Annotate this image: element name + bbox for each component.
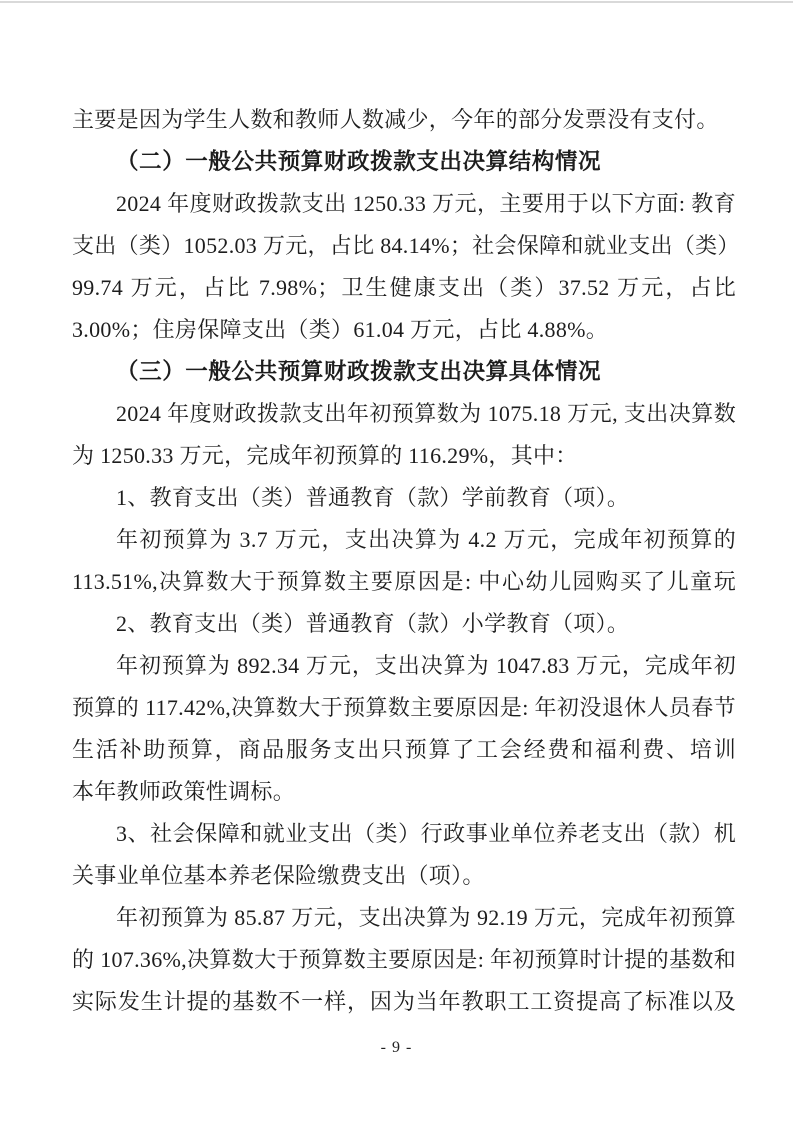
scan-edge-line xyxy=(0,1,793,3)
text-line: 113.51%,决算数大于预算数主要原因是: 中心幼儿园购买了儿童玩具。 xyxy=(72,561,736,603)
text-line: 3.00%；住房保障支出（类）61.04 万元，占比 4.88%。 xyxy=(72,309,736,351)
text-line: 支出（类）1052.03 万元，占比 84.14%；社会保障和就业支出（类） xyxy=(72,225,736,267)
text-line: 预算的 117.42%,决算数大于预算数主要原因是: 年初没退休人员春节 xyxy=(72,687,736,729)
list-item-3: 3、社会保障和就业支出（类）行政事业单位养老支出（款）机 xyxy=(72,813,736,855)
document-page: 主要是因为学生人数和教师人数减少，今年的部分发票没有支付。 （二）一般公共预算财… xyxy=(0,0,793,1122)
text-line: 本年教师政策性调标。 xyxy=(72,771,736,813)
text-line: 年初预算为 892.34 万元，支出决算为 1047.83 万元，完成年初 xyxy=(72,645,736,687)
text-line: 2024 年度财政拨款支出 1250.33 万元，主要用于以下方面: 教育 xyxy=(72,183,736,225)
list-item-1: 1、教育支出（类）普通教育（款）学前教育（项）。 xyxy=(72,477,736,519)
text-line: 年初预算为 85.87 万元，支出决算为 92.19 万元，完成年初预算 xyxy=(72,897,736,939)
list-item-2: 2、教育支出（类）普通教育（款）小学教育（项）。 xyxy=(72,603,736,645)
text-line: 99.74 万元，占比 7.98%；卫生健康支出（类）37.52 万元，占比 xyxy=(72,267,736,309)
text-line: 关事业单位基本养老保险缴费支出（项）。 xyxy=(72,855,736,897)
section-heading-2: （二）一般公共预算财政拨款支出决算结构情况 xyxy=(72,141,736,183)
text-line: 生活补助预算，商品服务支出只预算了工会经费和福利费、培训费， xyxy=(72,729,736,771)
text-line: 为 1250.33 万元，完成年初预算的 116.29%，其中： xyxy=(72,435,736,477)
text-line: 年初预算为 3.7 万元，支出决算为 4.2 万元，完成年初预算的 xyxy=(72,519,736,561)
section-heading-3: （三）一般公共预算财政拨款支出决算具体情况 xyxy=(72,351,736,393)
text-line: 实际发生计提的基数不一样，因为当年教职工工资提高了标准以及职 xyxy=(72,981,736,1023)
text-line: 的 107.36%,决算数大于预算数主要原因是: 年初预算时计提的基数和 xyxy=(72,939,736,981)
page-content: 主要是因为学生人数和教师人数减少，今年的部分发票没有支付。 （二）一般公共预算财… xyxy=(72,99,736,1023)
text-line: 2024 年度财政拨款支出年初预算数为 1075.18 万元, 支出决算数 xyxy=(72,393,736,435)
page-number: - 9 - xyxy=(0,1034,793,1062)
text-line: 主要是因为学生人数和教师人数减少，今年的部分发票没有支付。 xyxy=(72,99,736,141)
